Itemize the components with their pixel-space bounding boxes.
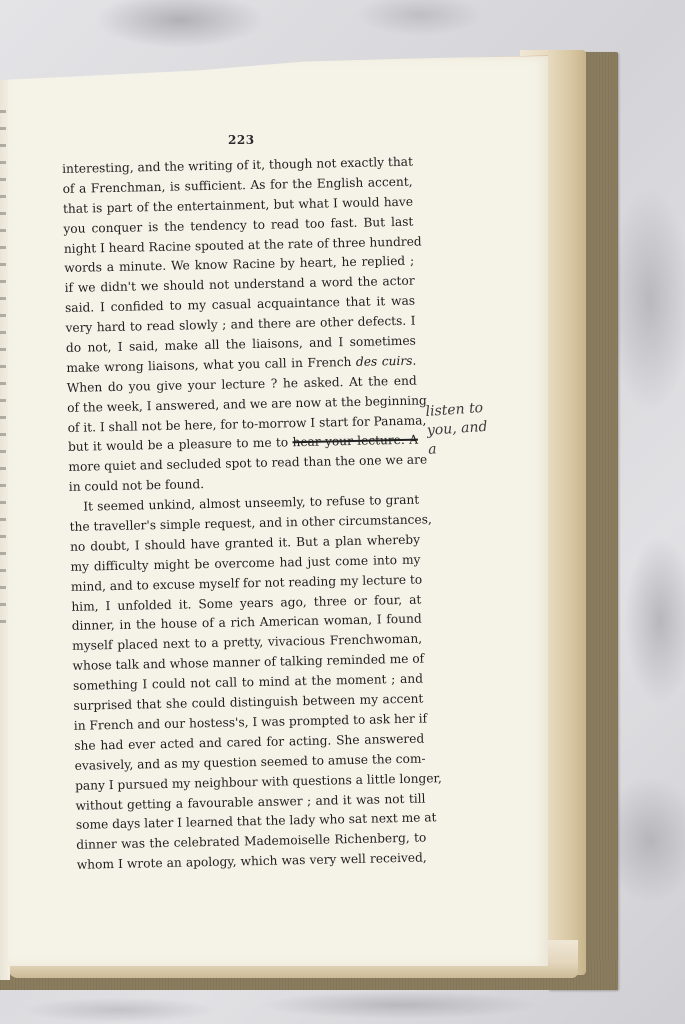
struck-through-text: hear your lecture. A xyxy=(292,433,418,450)
facing-page-text-ghost xyxy=(0,110,6,630)
handwritten-margin-note: listen to you, and a xyxy=(425,399,489,460)
text-segment: make wrong liaisons, what you call in Fr… xyxy=(66,355,351,375)
text-segment: but it would be a pleasure to me to xyxy=(68,436,288,455)
body-text: interesting, and the writing of it, thou… xyxy=(62,153,427,876)
page-number: 223 xyxy=(228,133,255,147)
italic-phrase: des cuirs. xyxy=(356,354,417,369)
